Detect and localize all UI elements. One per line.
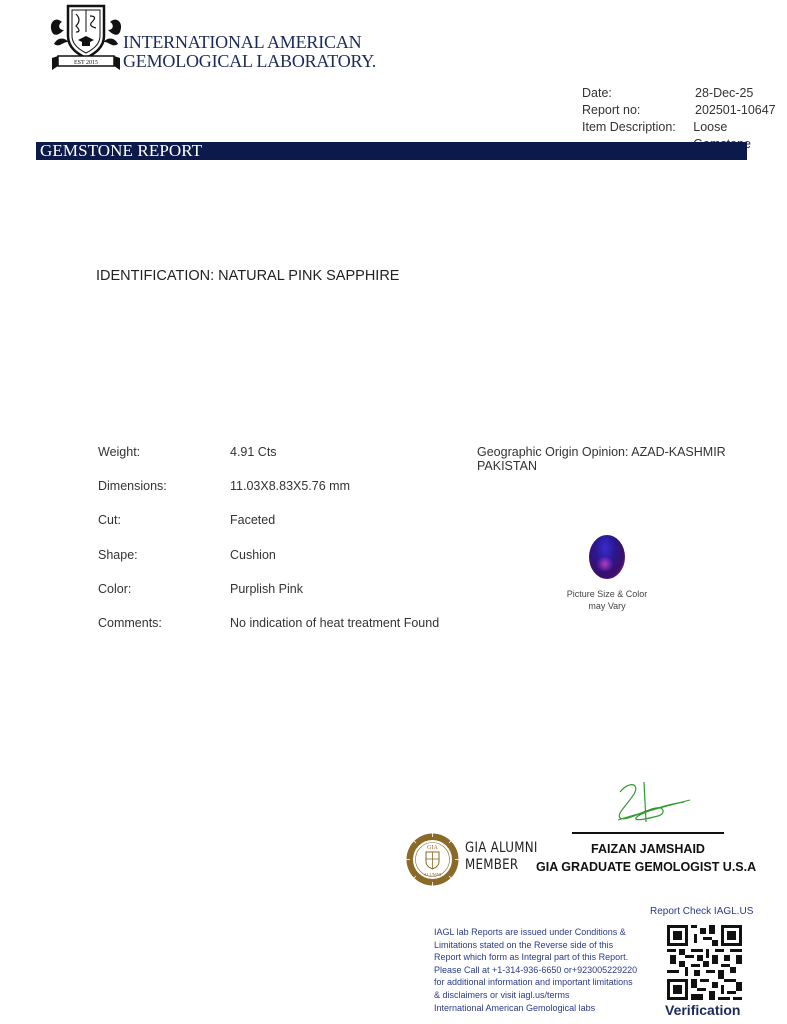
disclaimer-line: International American Gemological labs xyxy=(434,1002,659,1015)
geographic-origin: Geographic Origin Opinion: AZAD-KASHMIR … xyxy=(477,445,787,473)
signature-icon xyxy=(600,778,700,828)
signer-title: GIA GRADUATE GEMOLOGIST U.S.A xyxy=(536,860,756,874)
qr-code-icon[interactable] xyxy=(667,925,742,1000)
detail-row-color: Color: Purplish Pink xyxy=(98,582,439,616)
disclaimer: IAGL lab Reports are issued under Condit… xyxy=(434,926,659,1014)
disclaimer-line: Report which form as Integral part of th… xyxy=(434,951,659,964)
date-row: Date: 28-Dec-25 xyxy=(582,85,787,102)
report-no-value: 202501-10647 xyxy=(695,102,776,119)
svg-text:GIA: GIA xyxy=(427,845,438,851)
disclaimer-line: for additional information and important… xyxy=(434,976,659,989)
detail-row-weight: Weight: 4.91 Cts xyxy=(98,445,439,479)
gia-alumni-seal-icon: GIA ALUMNI xyxy=(405,832,460,887)
gem-details: Weight: 4.91 Cts Dimensions: 11.03X8.83X… xyxy=(98,445,439,650)
report-no-label: Report no: xyxy=(582,102,695,119)
detail-value: No indication of heat treatment Found xyxy=(230,616,439,650)
disclaimer-line: IAGL lab Reports are issued under Condit… xyxy=(434,926,659,939)
detail-row-shape: Shape: Cushion xyxy=(98,548,439,582)
svg-text:ALUMNI: ALUMNI xyxy=(424,872,442,877)
detail-label: Dimensions: xyxy=(98,479,230,513)
gemstone-image-caption: Picture Size & Color may Vary xyxy=(557,588,657,612)
detail-row-comments: Comments: No indication of heat treatmen… xyxy=(98,616,439,650)
caption-line2: may Vary xyxy=(557,600,657,612)
organization-name: INTERNATIONAL AMERICAN GEMOLOGICAL LABOR… xyxy=(123,33,376,71)
detail-row-cut: Cut: Faceted xyxy=(98,513,439,547)
signer-name: FAIZAN JAMSHAID xyxy=(578,842,718,856)
date-label: Date: xyxy=(582,85,695,102)
lab-crest-icon: EST 2015 xyxy=(48,2,124,72)
caption-line1: Picture Size & Color xyxy=(557,588,657,600)
gia-line1: GIA ALUMNI xyxy=(465,840,538,857)
disclaimer-line: Please Call at +1-314-936-6650 or+923005… xyxy=(434,964,659,977)
detail-label: Color: xyxy=(98,582,230,616)
detail-label: Weight: xyxy=(98,445,230,479)
detail-row-dimensions: Dimensions: 11.03X8.83X5.76 mm xyxy=(98,479,439,513)
detail-label: Comments: xyxy=(98,616,230,650)
signature-line xyxy=(572,832,724,834)
verification-label: Verification xyxy=(665,1002,740,1018)
detail-value: Cushion xyxy=(230,548,276,582)
detail-value: 4.91 Cts xyxy=(230,445,277,479)
report-title: GEMSTONE REPORT xyxy=(40,141,202,161)
detail-label: Shape: xyxy=(98,548,230,582)
disclaimer-line: & disclaimers or visit iagl.us/terms xyxy=(434,989,659,1002)
org-name-line1: INTERNATIONAL AMERICAN xyxy=(123,33,376,52)
date-value: 28-Dec-25 xyxy=(695,85,753,102)
gemstone-image xyxy=(589,535,625,579)
gia-alumni-member: GIA ALUMNI MEMBER xyxy=(465,840,538,874)
report-check-link[interactable]: Report Check IAGL.US xyxy=(650,906,753,917)
svg-text:EST 2015: EST 2015 xyxy=(74,60,98,66)
report-title-bar: GEMSTONE REPORT xyxy=(36,142,747,160)
detail-value: Purplish Pink xyxy=(230,582,303,616)
gia-line2: MEMBER xyxy=(465,857,538,874)
identification: IDENTIFICATION: NATURAL PINK SAPPHIRE xyxy=(96,268,399,284)
detail-value: Faceted xyxy=(230,513,275,547)
detail-label: Cut: xyxy=(98,513,230,547)
disclaimer-line: Limitations stated on the Reverse side o… xyxy=(434,939,659,952)
detail-value: 11.03X8.83X5.76 mm xyxy=(230,479,350,513)
org-name-line2: GEMOLOGICAL LABORATORY. xyxy=(123,52,376,71)
report-no-row: Report no: 202501-10647 xyxy=(582,102,787,119)
